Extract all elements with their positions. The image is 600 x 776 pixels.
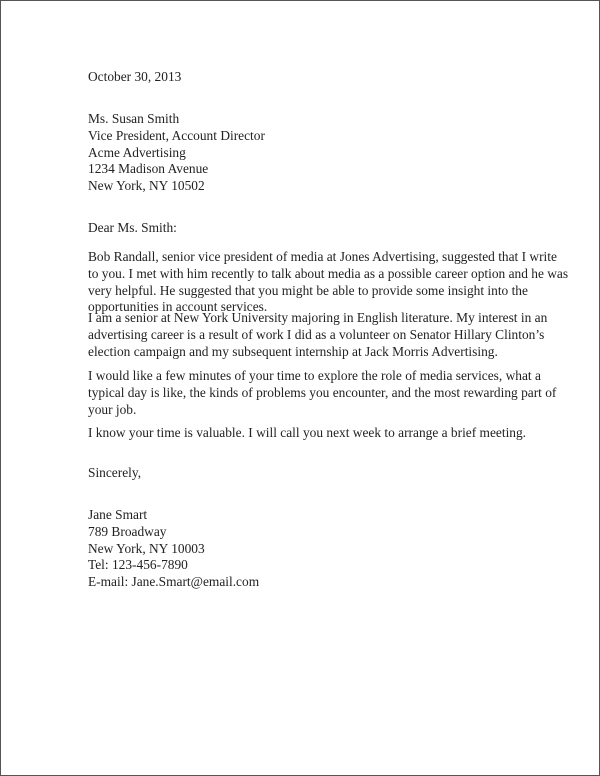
sender-phone: Tel: 123-456-7890 [88, 557, 558, 574]
letter-date: October 30, 2013 [88, 69, 558, 86]
sender-name: Jane Smart [88, 507, 558, 524]
paragraph-line: election campaign and my subsequent inte… [88, 344, 558, 361]
signature-block: Jane Smart 789 Broadway New York, NY 100… [88, 507, 558, 591]
body-paragraph-2: I am a senior at New York University maj… [88, 310, 558, 360]
body-paragraph-3: I would like a few minutes of your time … [88, 368, 558, 418]
paragraph-line: advertising career is a result of work I… [88, 327, 558, 344]
recipient-street: 1234 Madison Avenue [88, 161, 558, 178]
closing-text: Sincerely, [88, 465, 558, 482]
paragraph-line: Bob Randall, senior vice president of me… [88, 249, 558, 266]
paragraph-line: very helpful. He suggested that you migh… [88, 283, 558, 300]
sender-street: 789 Broadway [88, 524, 558, 541]
paragraph-line: I know your time is valuable. I will cal… [88, 425, 558, 442]
paragraph-line: your job. [88, 402, 558, 419]
body-paragraph-4: I know your time is valuable. I will cal… [88, 425, 558, 442]
sender-city: New York, NY 10003 [88, 541, 558, 558]
salutation-text: Dear Ms. Smith: [88, 220, 558, 237]
recipient-city: New York, NY 10502 [88, 178, 558, 195]
recipient-title: Vice President, Account Director [88, 128, 558, 145]
salutation: Dear Ms. Smith: [88, 220, 558, 237]
closing: Sincerely, [88, 465, 558, 482]
recipient-name: Ms. Susan Smith [88, 111, 558, 128]
sender-email: E-mail: Jane.Smart@email.com [88, 574, 558, 591]
recipient-company: Acme Advertising [88, 145, 558, 162]
paragraph-line: typical day is like, the kinds of proble… [88, 385, 558, 402]
paragraph-line: I would like a few minutes of your time … [88, 368, 558, 385]
paragraph-line: to you. I met with him recently to talk … [88, 266, 558, 283]
letter-page: October 30, 2013 Ms. Susan Smith Vice Pr… [0, 0, 600, 776]
date-text: October 30, 2013 [88, 69, 558, 86]
recipient-address: Ms. Susan Smith Vice President, Account … [88, 111, 558, 195]
body-paragraph-1: Bob Randall, senior vice president of me… [88, 249, 558, 316]
paragraph-line: I am a senior at New York University maj… [88, 310, 558, 327]
